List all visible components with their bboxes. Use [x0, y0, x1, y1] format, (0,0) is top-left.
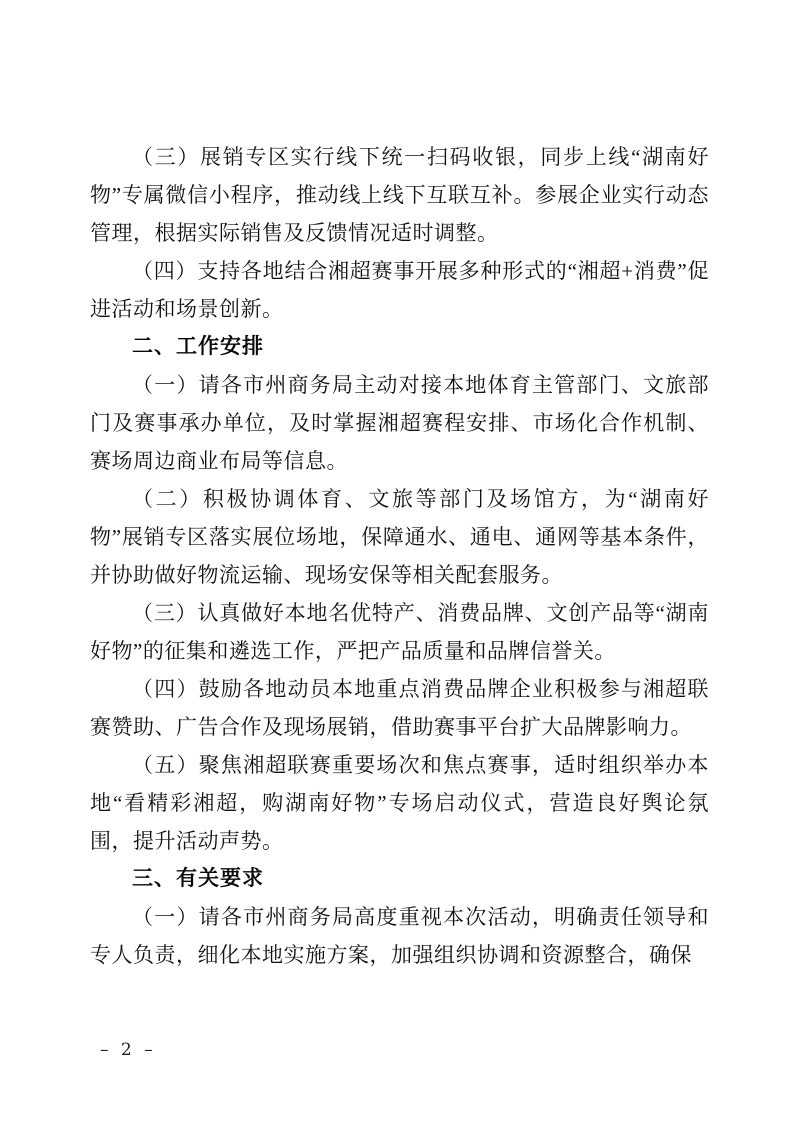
document-body: （三）展销专区实行线下统一扫码收银，同步上线“湖南好物”专属微信小程序，推动线上…	[90, 138, 709, 974]
paragraph-work-5: （五）聚焦湘超联赛重要场次和焦点赛事，适时组织举办本地“看精彩湘超，购湖南好物”…	[90, 746, 709, 860]
paragraph-work-4: （四）鼓励各地动员本地重点消费品牌企业积极参与湘超联赛赞助、广告合作及现场展销，…	[90, 670, 709, 746]
paragraph-item-3: （三）展销专区实行线下统一扫码收银，同步上线“湖南好物”专属微信小程序，推动线上…	[90, 138, 709, 252]
paragraph-item-4: （四）支持各地结合湘超赛事开展多种形式的“湘超+消费”促进活动和场景创新。	[90, 252, 709, 328]
paragraph-work-2: （二）积极协调体育、文旅等部门及场馆方，为“湖南好物”展销专区落实展位场地，保障…	[90, 480, 709, 594]
page-number: – 2 –	[100, 1040, 154, 1060]
paragraph-work-1: （一）请各市州商务局主动对接本地体育主管部门、文旅部门及赛事承办单位，及时掌握湘…	[90, 366, 709, 480]
paragraph-work-3: （三）认真做好本地名优特产、消费品牌、文创产品等“湖南好物”的征集和遴选工作，严…	[90, 594, 709, 670]
document-page: （三）展销专区实行线下统一扫码收银，同步上线“湖南好物”专属微信小程序，推动线上…	[0, 0, 793, 1122]
section-heading-3: 三、有关要求	[90, 860, 709, 898]
paragraph-requirement-1: （一）请各市州商务局高度重视本次活动，明确责任领导和专人负责，细化本地实施方案，…	[90, 898, 709, 974]
section-heading-2: 二、工作安排	[90, 328, 709, 366]
